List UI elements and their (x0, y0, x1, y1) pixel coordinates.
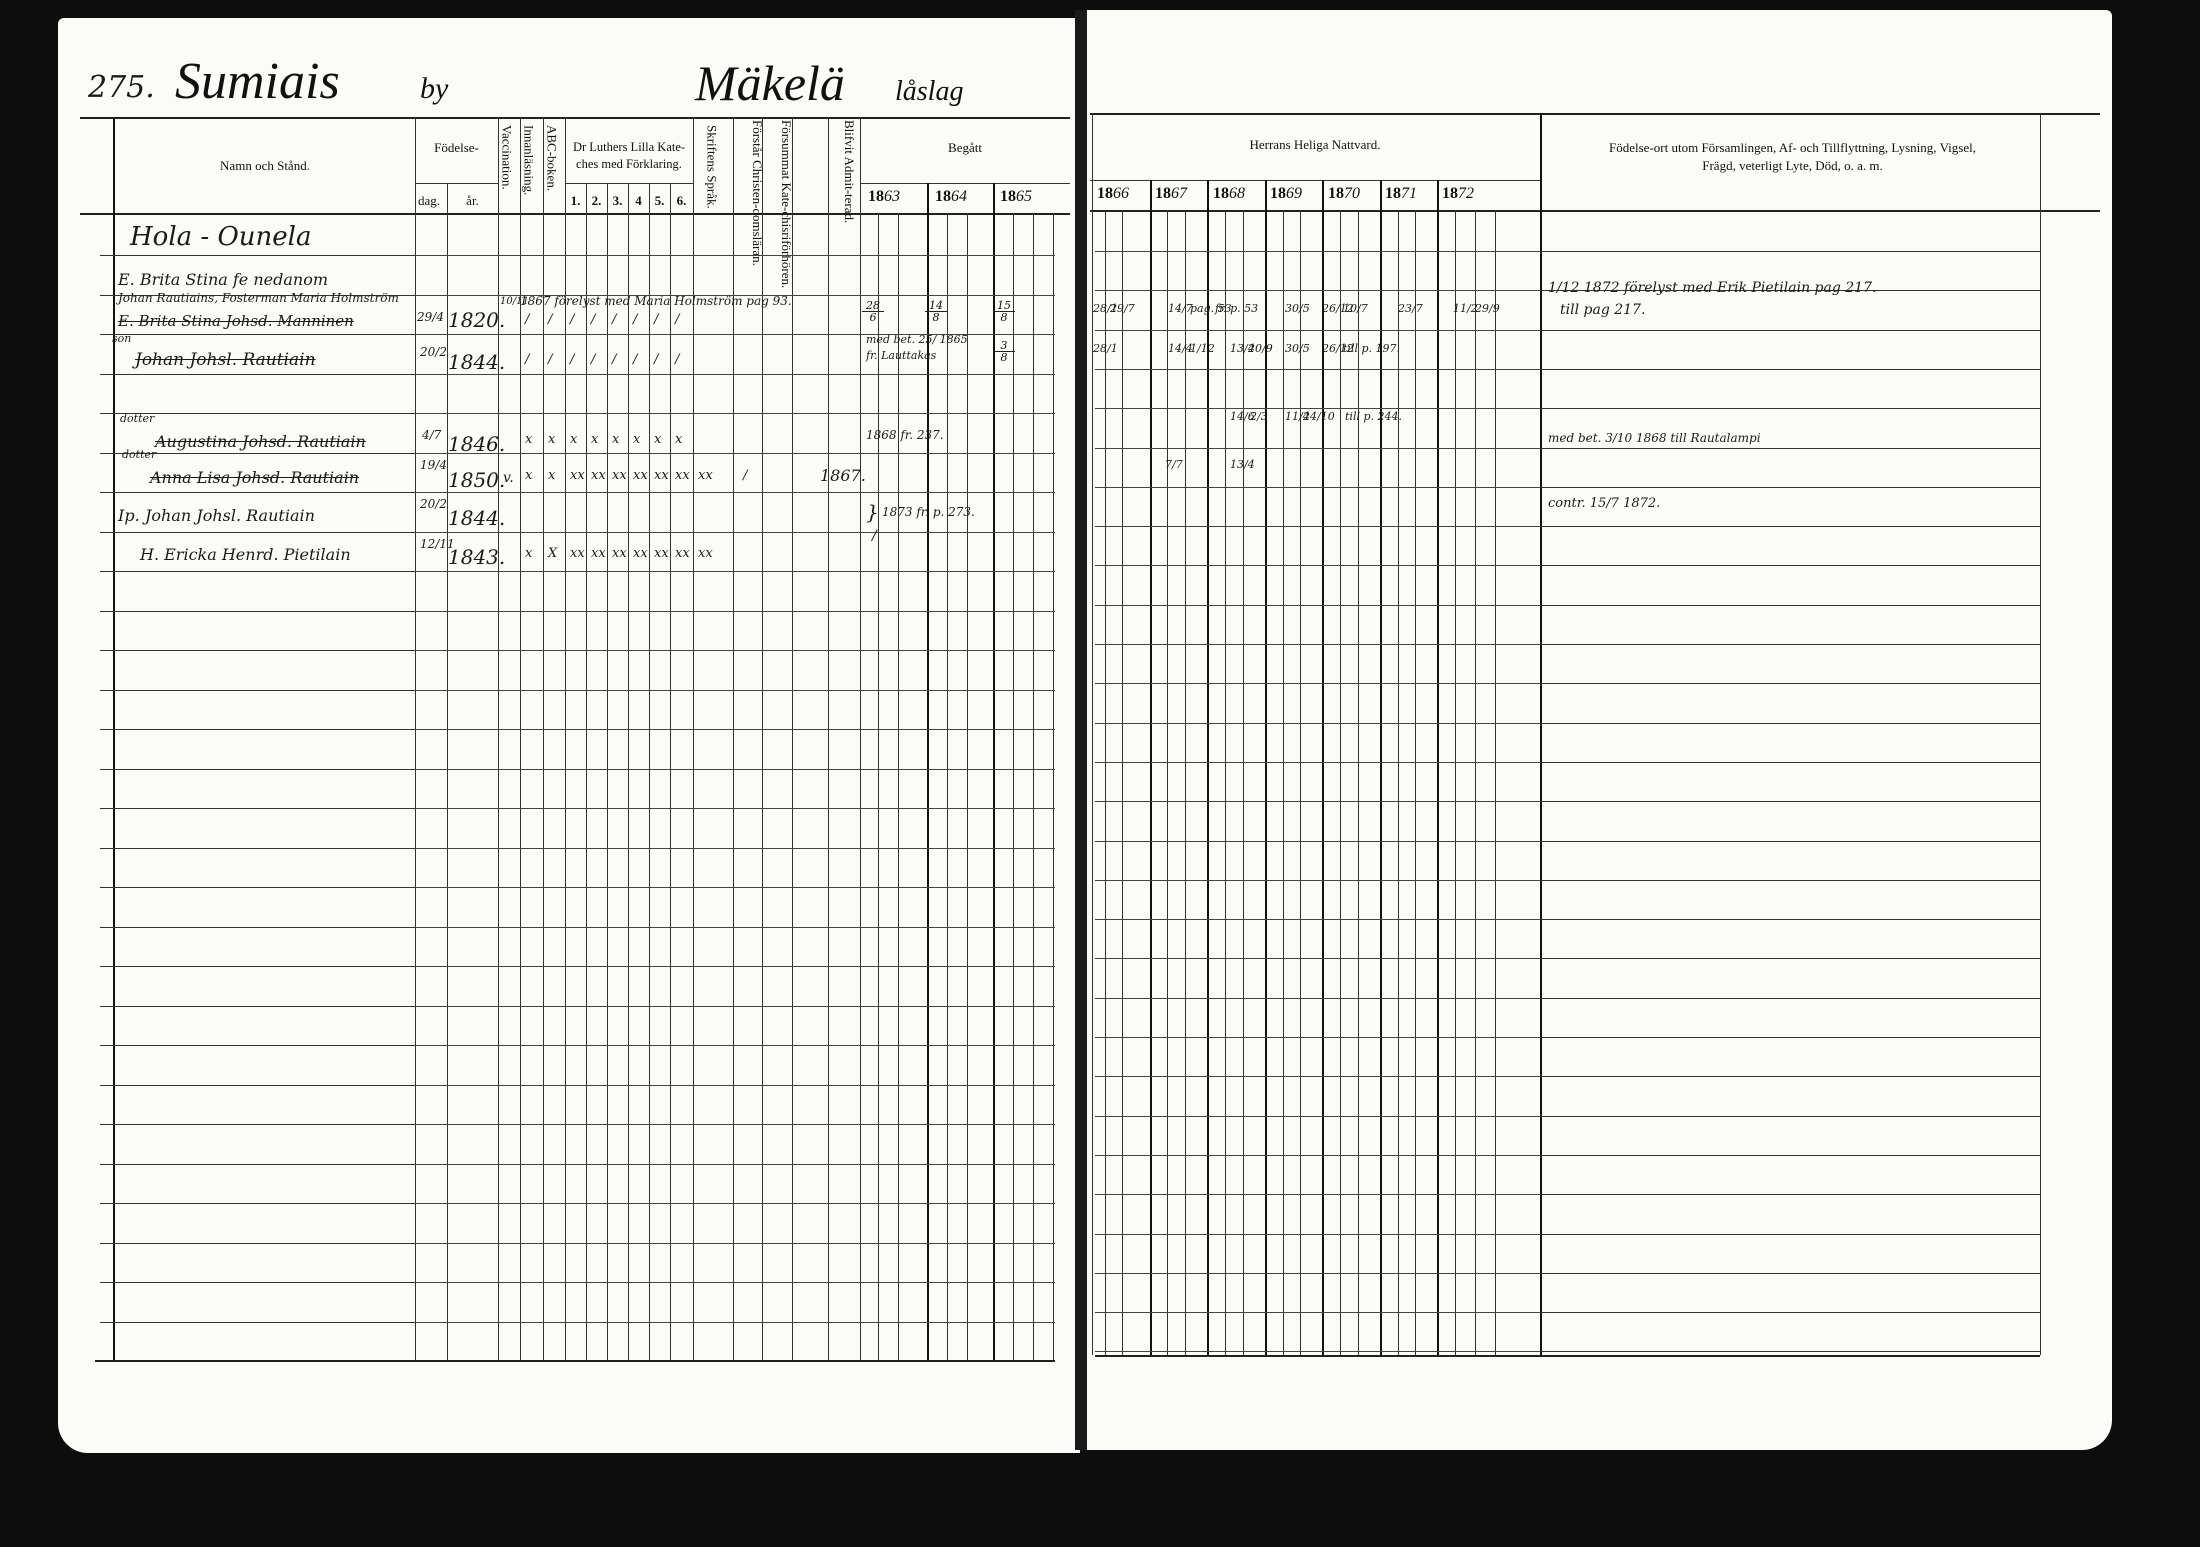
village-name: Sumiais (175, 52, 340, 111)
communion-date: 13/4 (1230, 458, 1255, 471)
row-rule (415, 453, 1055, 454)
column-rule (792, 118, 793, 1360)
catechism-mark: xx (591, 546, 606, 561)
row-rule (1540, 565, 2040, 566)
row-rule (1540, 487, 2040, 488)
communion-date: 14/4 (1168, 342, 1193, 355)
col-birth-day: dag. (415, 193, 443, 209)
entry-4-name: Augustina Johsd. Rautiain (155, 432, 366, 451)
catechism-mark: x (548, 432, 555, 447)
row-rule (1095, 1234, 1540, 1235)
catechism-part-6: 6. (670, 193, 693, 209)
column-rule (113, 118, 115, 1360)
catechism-mark: x (654, 432, 661, 447)
catechism-part-5: 5. (649, 193, 670, 209)
row-rule (1540, 1351, 2040, 1352)
catechism-mark: X (548, 546, 557, 561)
column-rule (1092, 113, 1093, 1355)
row-rule (415, 729, 1055, 730)
birth-subrule (415, 183, 498, 184)
catechism-mark: / (633, 312, 637, 327)
catechism-mark: / (591, 352, 595, 367)
notes-r6: contr. 15/7 1872. (1548, 496, 1660, 511)
row-rule (1095, 762, 1540, 763)
communion-year-1867: 1867 (1155, 185, 1187, 203)
catechism-part-2: 2. (586, 193, 607, 209)
row-rule (1095, 1037, 1540, 1038)
entry-4-role: dotter (120, 412, 154, 425)
row-rule (1540, 958, 2040, 959)
communion-date: 14/7 (1168, 302, 1193, 315)
catechism-mark: xx (654, 468, 669, 483)
column-rule (607, 183, 608, 1360)
catechism-mark: x (525, 468, 532, 483)
household-suffix: låslag (895, 76, 963, 108)
column-rule (1455, 210, 1456, 1355)
row-rule (1540, 998, 2040, 999)
column-rule (1398, 210, 1399, 1355)
entry-6-role: Ip. (118, 506, 140, 525)
row-rule (415, 611, 1055, 612)
column-rule (967, 213, 968, 1360)
bottom-rule (1095, 1355, 2040, 1357)
column-rule (1225, 210, 1226, 1355)
begatt-r1-1863: 286 (862, 300, 884, 323)
row-rule (1540, 1155, 2040, 1156)
row-rule (100, 255, 415, 256)
row-rule (415, 1045, 1055, 1046)
header-top-rule-right (1090, 113, 2100, 115)
catechism-mark: x (548, 468, 555, 483)
entry-3-day: 20/2 (420, 345, 447, 359)
communion-date: 20/9 (1248, 342, 1273, 355)
row-rule (100, 1243, 415, 1244)
row-rule (1095, 1273, 1540, 1274)
entry-2-year: 1820. (448, 308, 505, 332)
catechism-mark: / (548, 352, 552, 367)
bottom-rule (95, 1360, 1055, 1362)
row-rule (1540, 526, 2040, 527)
col-communion-header: Herrans Heliga Nattvard. (1090, 137, 1540, 153)
row-rule (1540, 880, 2040, 881)
row-rule (1540, 1234, 2040, 1235)
household-name: Mäkelä (695, 54, 845, 112)
catechism-mark: / (570, 352, 574, 367)
column-rule (1243, 210, 1244, 1355)
begatt-r4-note: 1868 fr. 237. (866, 428, 944, 442)
begatt-r6-note: 1873 fr. p. 273. (882, 505, 975, 519)
entry-7-name: H. Ericka Henrd. Pietilain (140, 545, 351, 564)
row-rule (1095, 801, 1540, 802)
row-rule (100, 1045, 415, 1046)
row-rule (415, 1243, 1055, 1244)
column-rule (898, 213, 899, 1360)
communion-year-1872: 1872 (1442, 185, 1474, 203)
column-rule (2040, 113, 2041, 1355)
col-forsummat: Försummat Kate-chisriförhören. (767, 120, 793, 212)
catechism-mark: / (743, 468, 747, 483)
communion-date: 30/5 (1285, 302, 1310, 315)
row-rule (100, 769, 415, 770)
catechism-mark: / (525, 352, 529, 367)
row-rule (1540, 683, 2040, 684)
catechism-mark: x (525, 546, 532, 561)
header-top-rule (80, 117, 1070, 119)
row-rule (1540, 723, 2040, 724)
communion-year-1870: 1870 (1328, 185, 1360, 203)
row-rule (1095, 644, 1540, 645)
row-rule (415, 1164, 1055, 1165)
row-rule (415, 1203, 1055, 1204)
row-rule (1540, 1194, 2040, 1195)
row-rule (100, 650, 415, 651)
catechism-mark: x (591, 432, 598, 447)
entry-3-role: son (112, 332, 131, 345)
column-rule (860, 118, 861, 1360)
row-rule (415, 255, 1055, 256)
col-birth-header: Födelse- (415, 140, 498, 156)
catechism-mark: xx (612, 468, 627, 483)
catechism-subrule (565, 183, 693, 184)
catechism-mark: / (591, 312, 595, 327)
begatt-r2-1865: 38 (993, 340, 1015, 363)
entry-5-year: 1850. (448, 468, 505, 492)
entry-1-name: E. Brita Stina fe nedanom (118, 270, 328, 289)
column-rule (878, 213, 879, 1360)
catechism-mark: xx (633, 468, 648, 483)
catechism-mark: / (654, 352, 658, 367)
communion-date: 10/7 (1343, 302, 1368, 315)
begatt-year-1863: 1863 (868, 188, 900, 206)
column-rule (1300, 210, 1301, 1355)
col-vaccination: Vaccination. (500, 125, 514, 210)
entry-5-admitted: 1867. (820, 466, 866, 485)
row-rule (100, 729, 415, 730)
row-rule (415, 769, 1055, 770)
row-rule (1540, 841, 2040, 842)
row-rule (1540, 605, 2040, 606)
catechism-mark: xx (698, 546, 713, 561)
column-rule (1053, 213, 1054, 1360)
entry-6-year: 1844. (448, 506, 505, 530)
notes-header-line2: Frägd, veterligt Lyte, Död, o. a. m. (1545, 158, 2040, 174)
catechism-mark: / (612, 352, 616, 367)
row-rule (1095, 369, 1540, 370)
entry-5-day: 19/4 (420, 458, 447, 472)
row-rule (1540, 644, 2040, 645)
communion-year-1871: 1871 (1385, 185, 1417, 203)
row-rule (1095, 526, 1540, 527)
row-rule (100, 1282, 415, 1283)
row-rule (100, 848, 415, 849)
row-rule (100, 1006, 415, 1007)
column-rule (1495, 210, 1496, 1355)
row-rule (415, 966, 1055, 967)
row-rule (415, 1006, 1055, 1007)
entry-3-year: 1844. (448, 350, 505, 374)
col-admitterad: Blifvit Admit-terad. (832, 120, 856, 180)
column-rule (828, 118, 829, 1360)
column-rule (1150, 180, 1152, 1355)
begatt-r2-note-1: med bet. 25/ 1865 (866, 333, 968, 346)
row-rule (100, 1203, 415, 1204)
begatt-r1-1865: 158 (993, 300, 1015, 323)
row-rule (1540, 1037, 2040, 1038)
row-rule (1095, 330, 1540, 331)
entry-5-role: dotter (122, 448, 156, 461)
col-innanlasning: Innanläsning. (522, 125, 536, 210)
place-heading: Hola - Ounela (130, 222, 311, 252)
row-rule (100, 887, 415, 888)
communion-date: 24/10 (1303, 410, 1335, 423)
catechism-mark: / (633, 352, 637, 367)
communion-year-1868: 1868 (1213, 185, 1245, 203)
column-rule (1322, 180, 1324, 1355)
column-rule (1283, 210, 1284, 1355)
catechism-mark: / (612, 312, 616, 327)
column-rule (1475, 210, 1476, 1355)
communion-date: till p. 244. (1345, 410, 1402, 423)
column-rule (1033, 213, 1034, 1360)
entry-2-note: 1867 förelyst med Maria Holmström pag 93… (520, 294, 792, 308)
row-rule (1540, 369, 2040, 370)
begatt-r7-mark: / (872, 528, 877, 544)
page-number: 275. (88, 70, 155, 105)
col-birth-year: år. (447, 193, 498, 209)
entry-4-year: 1846. (448, 432, 505, 456)
column-rule (1167, 210, 1168, 1355)
begatt-r6-bracket: } (866, 500, 879, 524)
row-rule (100, 1085, 415, 1086)
catechism-mark: / (675, 352, 679, 367)
row-rule (1540, 801, 2040, 802)
row-rule (415, 532, 1055, 533)
column-rule (1185, 210, 1186, 1355)
row-rule (415, 492, 1055, 493)
row-rule (415, 1322, 1055, 1323)
catechism-mark: xx (654, 546, 669, 561)
catechism-mark: x (525, 432, 532, 447)
row-rule (100, 808, 415, 809)
entry-2-day: 29/4 (417, 310, 444, 324)
row-rule (1095, 958, 1540, 959)
catechism-mark: xx (570, 468, 585, 483)
book-gutter (1075, 10, 1087, 1450)
catechism-mark: xx (612, 546, 627, 561)
communion-year-1869: 1869 (1270, 185, 1302, 203)
column-rule (415, 118, 416, 1360)
row-rule (1540, 1312, 2040, 1313)
column-rule (1415, 210, 1416, 1355)
catechism-mark: x (675, 432, 682, 447)
row-rule (415, 887, 1055, 888)
row-rule (100, 571, 415, 572)
column-rule (1122, 210, 1123, 1355)
row-rule (100, 532, 415, 533)
row-rule (100, 966, 415, 967)
notes-r1-line1: 1/12 1872 förelyst med Erik Pietilain pa… (1548, 280, 1876, 296)
catechism-mark: xx (675, 546, 690, 561)
column-rule (586, 183, 587, 1360)
row-rule (1095, 723, 1540, 724)
catechism-part-1: 1. (565, 193, 586, 209)
catechism-mark: xx (675, 468, 690, 483)
row-rule (1095, 998, 1540, 999)
notes-r1-line2: till pag 217. (1560, 302, 1645, 318)
begatt-year-1864: 1864 (935, 188, 967, 206)
row-rule (1095, 880, 1540, 881)
notes-r5: med bet. 3/10 1868 till Rautalampi (1548, 431, 1761, 445)
row-rule (1095, 290, 1540, 291)
catechism-mark: / (525, 312, 529, 327)
catechism-mark: / (570, 312, 574, 327)
notes-header-line1: Födelse-ort utom Församlingen, Af- och T… (1545, 140, 2040, 156)
begatt-r2-note-2: fr. Lauttakas (866, 349, 936, 362)
column-rule (649, 183, 650, 1360)
row-rule (1095, 1194, 1540, 1195)
col-name-header: Namn och Stånd. (115, 158, 415, 174)
row-rule (1095, 1076, 1540, 1077)
row-rule (1095, 1116, 1540, 1117)
catechism-mark: xx (591, 468, 606, 483)
row-rule (415, 690, 1055, 691)
begatt-r1-1864: 148 (925, 300, 947, 323)
catechism-mark: / (548, 312, 552, 327)
row-rule (415, 848, 1055, 849)
row-rule (1540, 448, 2040, 449)
col-abc: ABC-boken. (545, 125, 559, 210)
column-rule (1380, 180, 1382, 1355)
row-rule (1095, 841, 1540, 842)
column-rule (1265, 180, 1267, 1355)
begatt-year-1865: 1865 (1000, 188, 1032, 206)
row-rule (1540, 762, 2040, 763)
row-rule (100, 1164, 415, 1165)
entry-2-name: E. Brita Stina Johsd. Manninen (118, 312, 354, 330)
row-rule (415, 413, 1055, 414)
column-rule (1358, 210, 1359, 1355)
communion-date: fr. p. 53 (1215, 302, 1258, 315)
column-rule (1437, 180, 1439, 1355)
catechism-mark: xx (633, 546, 648, 561)
header-bottom-rule (80, 213, 1070, 215)
column-rule (1207, 180, 1209, 1355)
column-rule (1340, 210, 1341, 1355)
column-rule (947, 213, 948, 1360)
catechism-mark: xx (698, 468, 713, 483)
row-rule (1540, 251, 2040, 252)
row-rule (100, 492, 415, 493)
col-begatt-header: Begått (860, 140, 1070, 156)
row-rule (415, 927, 1055, 928)
communion-date: 29/9 (1475, 302, 1500, 315)
communion-date: 7/7 (1165, 458, 1183, 471)
catechism-mark: / (654, 312, 658, 327)
row-rule (1095, 1312, 1540, 1313)
col-catechism-line1: Dr Luthers Lilla Kate- (565, 140, 693, 155)
row-rule (1095, 683, 1540, 684)
row-rule (415, 1124, 1055, 1125)
row-rule (100, 927, 415, 928)
entry-6-name: Johan Johsl. Rautiain (145, 506, 315, 525)
communion-date: 29/7 (1110, 302, 1135, 315)
col-catechism-line2: ches med Förklaring. (565, 157, 693, 172)
communion-date: till p. 197. (1343, 342, 1400, 355)
row-rule (100, 1322, 415, 1323)
communion-date: 30/5 (1285, 342, 1310, 355)
entry-7-year: 1843. (448, 545, 505, 569)
header-bottom-rule-right (1090, 210, 2100, 212)
row-rule (1540, 1273, 2040, 1274)
catechism-mark: x (612, 432, 619, 447)
column-rule (1013, 213, 1014, 1360)
row-rule (1540, 919, 2040, 920)
entry-3-name: Johan Johsl. Rautiain (135, 350, 316, 370)
entry-6-day: 20/2 (420, 497, 447, 511)
row-rule (1540, 1076, 2040, 1077)
row-rule (415, 808, 1055, 809)
begatt-subrule (860, 183, 1070, 184)
catechism-part-3: 3. (607, 193, 628, 209)
entry-5-name: Anna Lisa Johsd. Rautiain (150, 468, 359, 487)
catechism-mark: x (633, 432, 640, 447)
column-rule (1105, 210, 1106, 1355)
row-rule (415, 1282, 1055, 1283)
entry-5-vaccination: v. (503, 470, 514, 486)
column-rule (1540, 113, 1542, 1355)
row-rule (100, 611, 415, 612)
communion-date: 23/7 (1398, 302, 1423, 315)
entry-4-day: 4/7 (422, 428, 441, 442)
col-forstar: Förstår Christen-domsläran. (738, 120, 764, 212)
row-rule (1095, 251, 1540, 252)
row-rule (1540, 408, 2040, 409)
row-rule (1095, 448, 1540, 449)
column-rule (670, 183, 671, 1360)
communion-subrule (1090, 180, 1540, 181)
column-rule (498, 118, 499, 1360)
entry-1-line2: Johan Rautiains, Fosterman Maria Holmstr… (118, 291, 399, 305)
communion-date: 11/2 (1453, 302, 1478, 315)
communion-date: 1/12 (1190, 342, 1215, 355)
row-rule (1095, 565, 1540, 566)
communion-date: 28/1 (1093, 342, 1118, 355)
row-rule (100, 334, 415, 335)
communion-year-1866: 1866 (1097, 185, 1129, 203)
row-rule (100, 1124, 415, 1125)
row-rule (1095, 605, 1540, 606)
row-rule (100, 690, 415, 691)
catechism-mark: / (675, 312, 679, 327)
row-rule (415, 1085, 1055, 1086)
row-rule (1095, 1155, 1540, 1156)
village-suffix: by (420, 72, 448, 106)
catechism-mark: x (570, 432, 577, 447)
row-rule (1095, 1351, 1540, 1352)
row-rule (100, 374, 415, 375)
row-rule (415, 374, 1055, 375)
catechism-part-4: 4 (628, 193, 649, 209)
row-rule (1095, 919, 1540, 920)
col-skriftens: Skriftens Språk. (705, 125, 719, 213)
row-rule (1095, 487, 1540, 488)
catechism-mark: xx (570, 546, 585, 561)
column-rule (628, 183, 629, 1360)
communion-date: 2/3 (1250, 410, 1268, 423)
row-rule (1540, 330, 2040, 331)
row-rule (1540, 1116, 2040, 1117)
row-rule (415, 650, 1055, 651)
